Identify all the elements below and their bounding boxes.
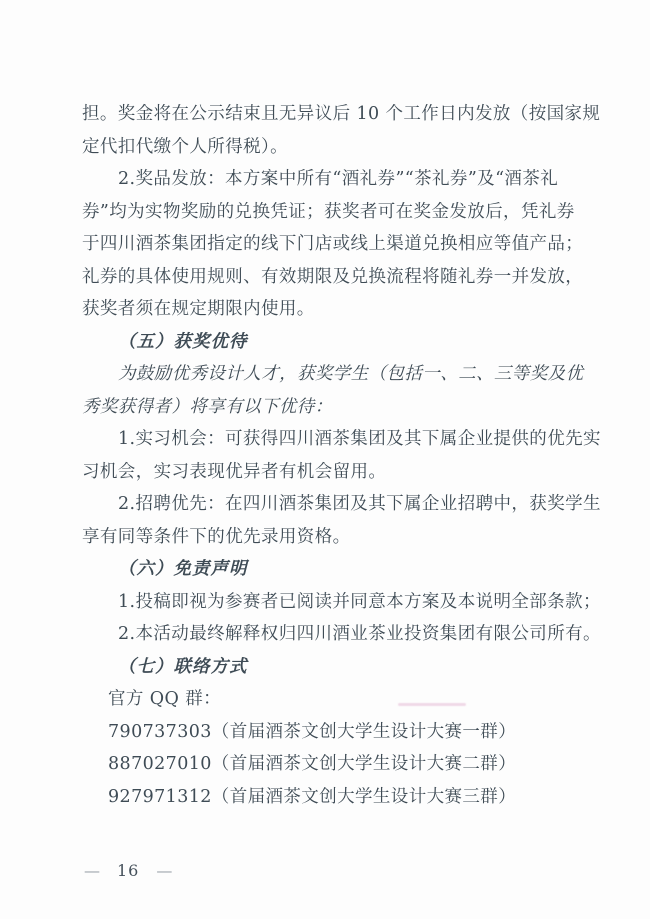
text-line: 习机会，实习表现优异者有机会留用。 <box>82 456 576 489</box>
text-line: 定代扣代缴个人所得税）。 <box>82 131 576 164</box>
qq-group-label: 官方 QQ 群： <box>82 683 576 716</box>
text-line: 礼券的具体使用规则、有效期限及兑换流程将随礼券一并发放， <box>82 261 576 294</box>
footer-dash-left: — <box>84 861 100 880</box>
qq-group-entry: 790737303（首届酒茶文创大学生设计大赛一群） <box>82 716 576 749</box>
text-line: 为鼓励优秀设计人才，获奖学生（包括一、二、三等奖及优 <box>82 358 576 391</box>
section-heading: （六）免责声明 <box>82 553 576 586</box>
document-page: 担。奖金将在公示结束且无异议后 10 个工作日内发放（按国家规 定代扣代缴个人所… <box>0 0 650 919</box>
text-line: 获奖者须在规定期限内使用。 <box>82 293 576 326</box>
page-number: 16 <box>117 861 139 880</box>
document-body: 担。奖金将在公示结束且无异议后 10 个工作日内发放（按国家规 定代扣代缴个人所… <box>82 98 576 813</box>
footer-dash-right: — <box>156 861 172 880</box>
section-heading: （七）联络方式 <box>82 651 576 684</box>
section-heading: （五）获奖优待 <box>82 326 576 359</box>
text-line: 担。奖金将在公示结束且无异议后 10 个工作日内发放（按国家规 <box>82 98 576 131</box>
qq-group-entry: 927971312（首届酒茶文创大学生设计大赛三群） <box>82 781 576 814</box>
page-footer: — 16 — <box>84 861 172 880</box>
text-line: 2.奖品发放：本方案中所有“酒礼券”“茶礼券”及“酒茶礼 <box>82 163 576 196</box>
text-line: 2.本活动最终解释权归四川酒业茶业投资集团有限公司所有。 <box>82 618 576 651</box>
text-line: 1.投稿即视为参赛者已阅读并同意本方案及本说明全部条款； <box>82 586 576 619</box>
scan-artifact <box>398 703 466 706</box>
text-line: 于四川酒茶集团指定的线下门店或线上渠道兑换相应等值产品； <box>82 228 576 261</box>
text-line: 券”均为实物奖励的兑换凭证；获奖者可在奖金发放后，凭礼券 <box>82 196 576 229</box>
text-line: 2.招聘优先：在四川酒茶集团及其下属企业招聘中，获奖学生 <box>82 488 576 521</box>
text-line: 秀奖获得者）将享有以下优待： <box>82 391 576 424</box>
text-line: 1.实习机会：可获得四川酒茶集团及其下属企业提供的优先实 <box>82 423 576 456</box>
text-line: 享有同等条件下的优先录用资格。 <box>82 521 576 554</box>
qq-group-entry: 887027010（首届酒茶文创大学生设计大赛二群） <box>82 748 576 781</box>
